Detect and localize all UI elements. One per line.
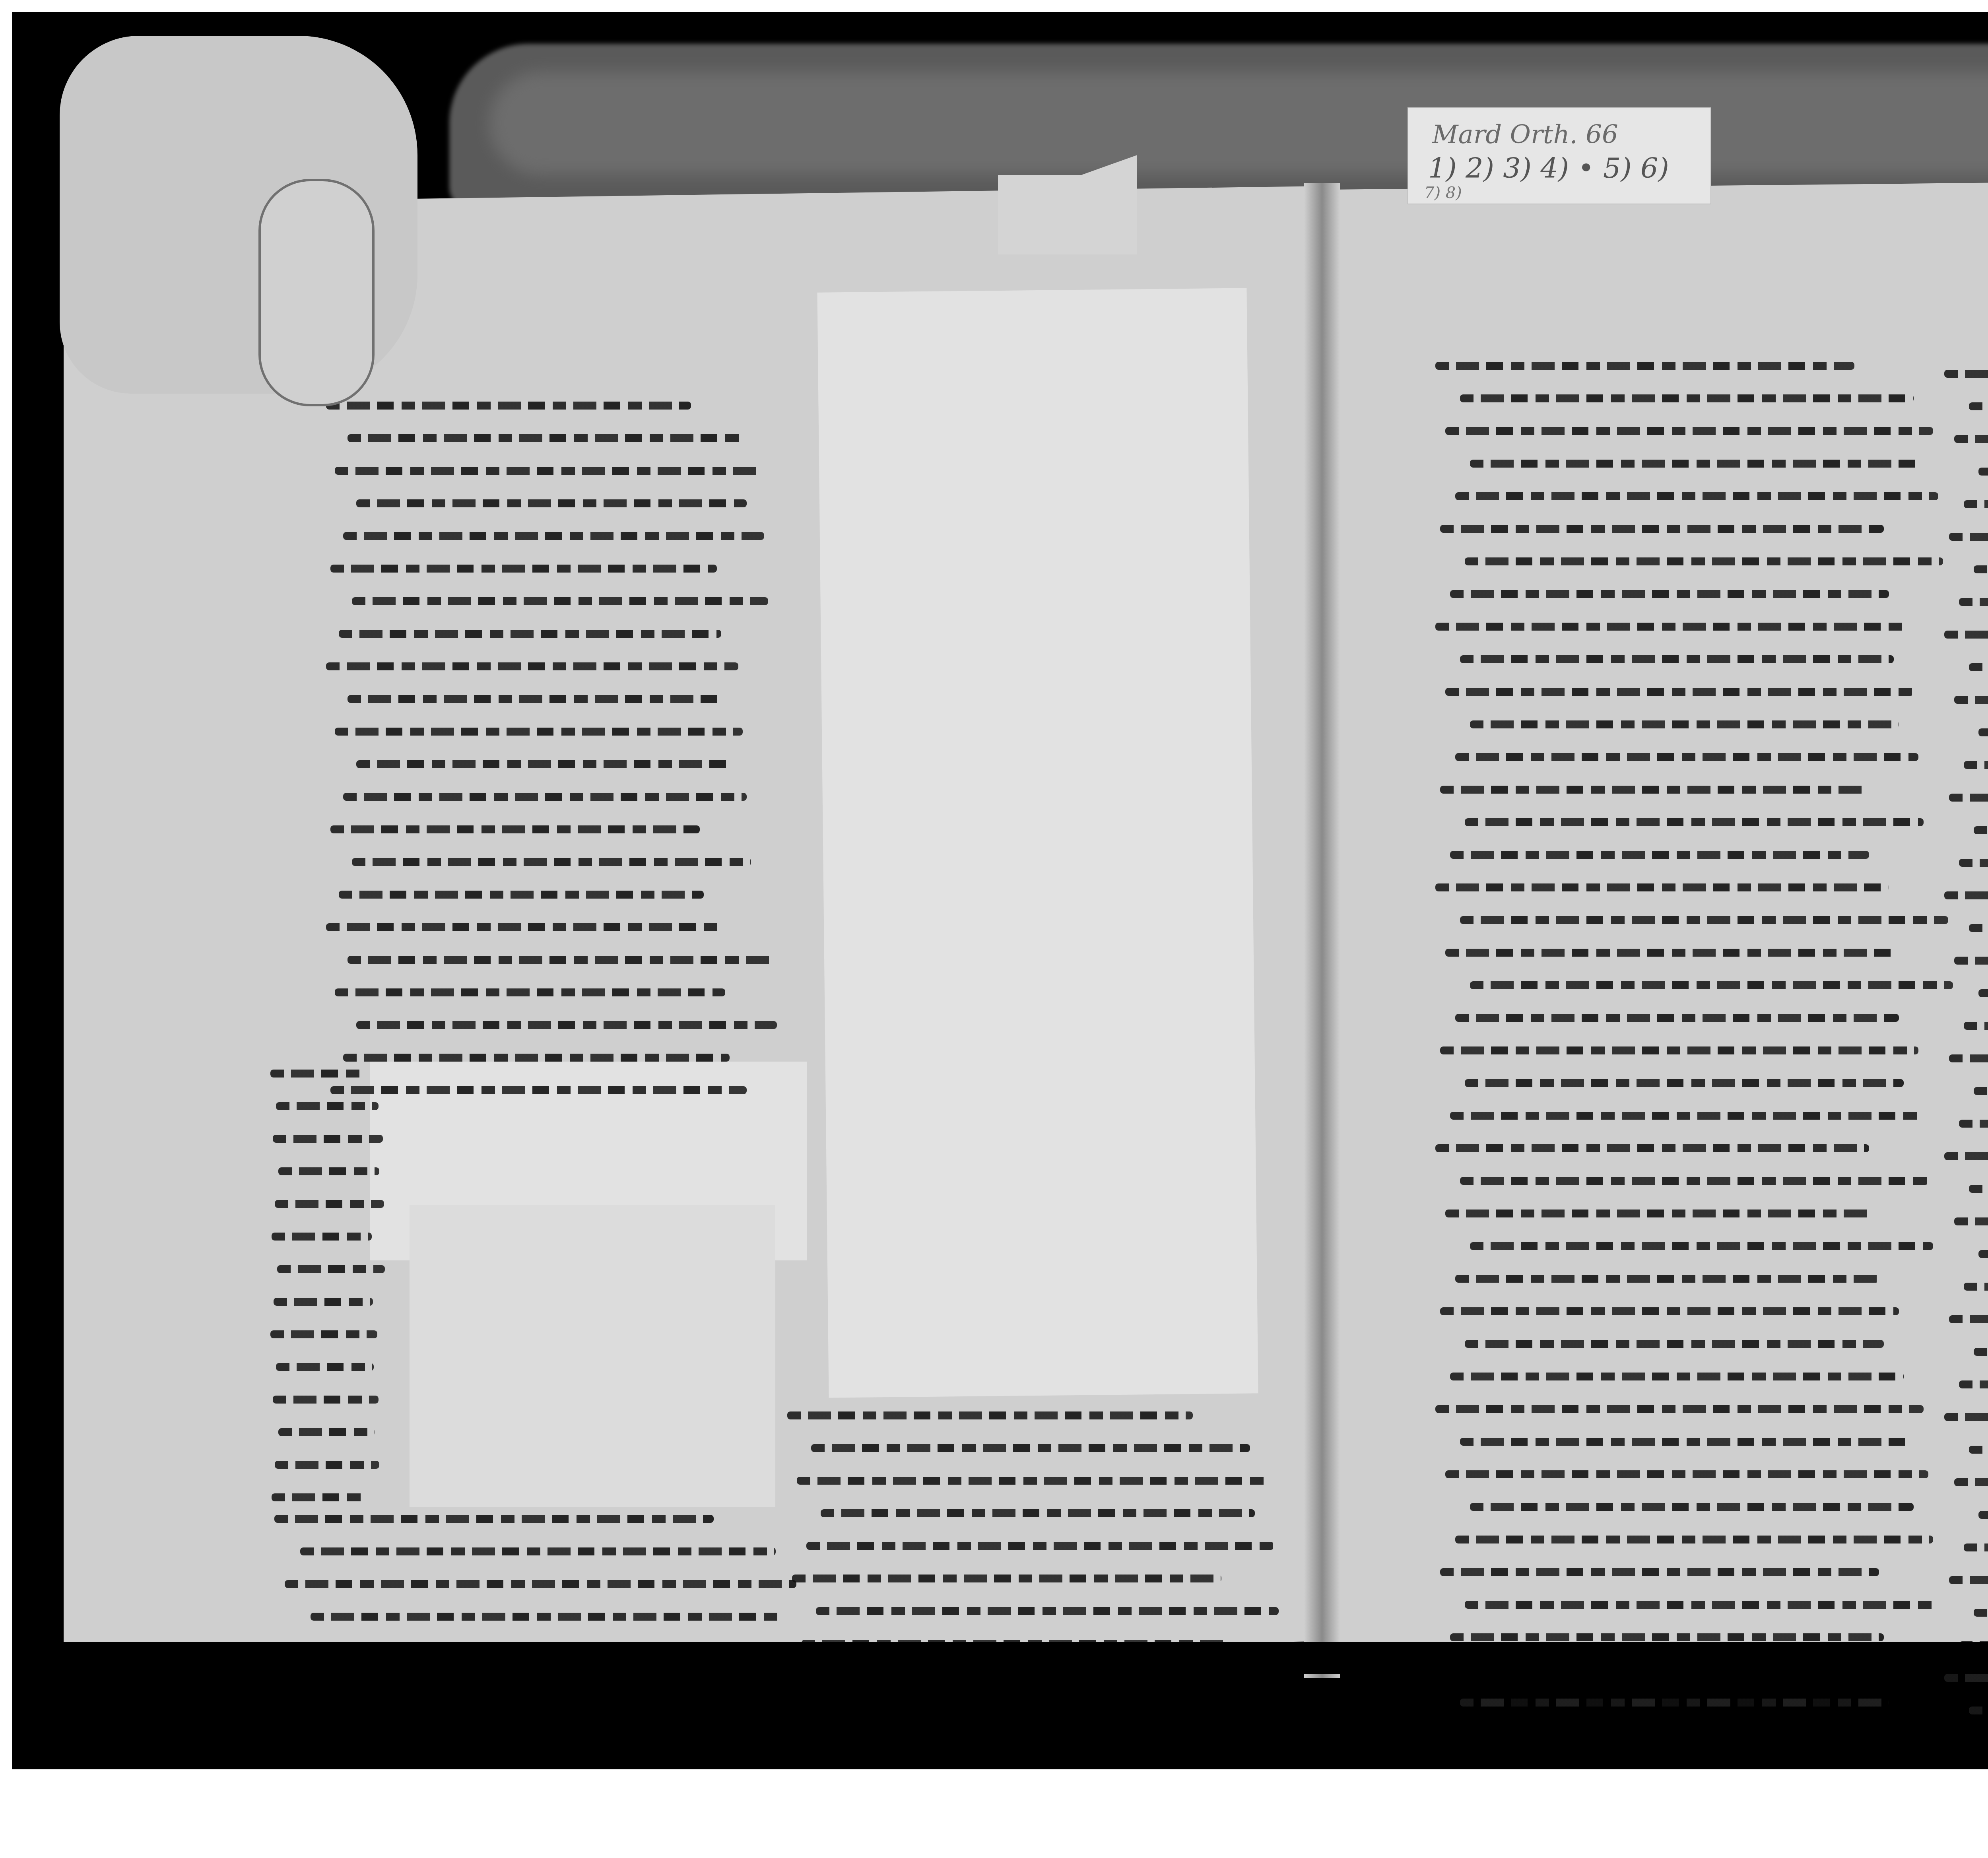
script-line (1460, 394, 1914, 402)
script-line (1435, 623, 1908, 631)
script-line (811, 1444, 1250, 1452)
script-line (1440, 1046, 1918, 1054)
script-line (1969, 663, 1988, 671)
script-line (816, 1607, 1279, 1615)
script-line (787, 1411, 1193, 1419)
script-line (1978, 468, 1988, 476)
script-line (1969, 402, 1988, 410)
script-line (1445, 1470, 1928, 1478)
script-line (1974, 1609, 1988, 1617)
script-line (300, 1547, 776, 1555)
catalogue-label: Mard Orth. 66 1) 2) 3) 4) • 5) 6) 7) 8) (1408, 107, 1711, 204)
script-line (278, 1428, 375, 1436)
script-line (1455, 1014, 1899, 1022)
script-line (1435, 883, 1889, 891)
script-line (1455, 492, 1938, 500)
script-line (821, 1509, 1255, 1517)
script-line (1954, 1217, 1988, 1225)
script-line (277, 1265, 385, 1273)
script-line (274, 1298, 373, 1306)
script-line (1964, 1283, 1988, 1291)
repair-patch-lower-2 (410, 1205, 775, 1507)
script-line (1460, 655, 1894, 663)
script-line (1964, 1543, 1988, 1551)
script-line (1450, 1112, 1923, 1120)
script-line (285, 1580, 796, 1588)
script-line (1440, 525, 1884, 533)
script-line (792, 1575, 1221, 1582)
script-line (1969, 1707, 1988, 1714)
script-line (270, 1330, 377, 1338)
left-thumb (258, 179, 375, 406)
script-line (1450, 1373, 1904, 1380)
script-line (272, 1233, 372, 1241)
script-line (330, 1086, 747, 1094)
script-line (1944, 631, 1988, 639)
script-line (1455, 1275, 1879, 1283)
script-line (797, 1477, 1269, 1485)
script-line (343, 1054, 730, 1062)
script-line (343, 793, 747, 801)
script-line (356, 499, 747, 507)
script-line (326, 402, 691, 410)
script-line (1440, 1307, 1899, 1315)
right-page-text-column-2 (1944, 370, 1988, 1739)
script-line (1969, 1446, 1988, 1454)
script-line (1944, 1413, 1988, 1421)
script-line (352, 597, 769, 605)
script-line (1959, 1380, 1988, 1388)
script-line (1455, 1536, 1934, 1543)
script-line (806, 1542, 1274, 1550)
script-line (352, 858, 751, 866)
script-line (1470, 720, 1899, 728)
script-line (1974, 826, 1988, 834)
book-spine (1304, 183, 1340, 1678)
script-line (348, 434, 743, 442)
script-line (1465, 1340, 1884, 1348)
script-line (326, 923, 721, 931)
script-line (326, 662, 738, 670)
script-line (1470, 1242, 1934, 1250)
script-line (276, 1363, 374, 1371)
script-line (273, 1396, 379, 1404)
script-line (1949, 533, 1988, 541)
script-line (275, 1461, 379, 1469)
script-line (1944, 1152, 1988, 1160)
script-line (1974, 1087, 1988, 1095)
script-line (276, 1102, 379, 1110)
script-line (1959, 598, 1988, 606)
script-line (335, 988, 726, 996)
script-line (1445, 427, 1934, 435)
script-line (274, 1515, 714, 1523)
script-line (335, 467, 760, 475)
script-line (335, 728, 743, 736)
script-line (343, 532, 764, 540)
script-line (1450, 590, 1889, 598)
script-line (1445, 949, 1894, 957)
script-line (1460, 916, 1948, 924)
script-line (348, 956, 773, 964)
script-line (1465, 1601, 1938, 1609)
script-line (356, 1021, 777, 1029)
script-line (270, 1070, 365, 1078)
label-numbers: 1) 2) 3) 4) • 5) 6) (1428, 152, 1669, 184)
bottom-shadow (64, 1642, 1988, 1674)
script-line (1964, 761, 1988, 769)
script-line (1944, 1674, 1988, 1682)
script-line (1949, 794, 1988, 802)
script-line (278, 1167, 380, 1175)
script-line (356, 760, 730, 768)
script-line (1978, 989, 1988, 997)
label-numbers-2: 7) 8) (1424, 184, 1462, 202)
script-line (1470, 460, 1918, 468)
script-line (1460, 1699, 1889, 1707)
script-line (1954, 435, 1988, 443)
script-line (1978, 1250, 1988, 1258)
script-line (1959, 859, 1988, 867)
script-line (1949, 1576, 1988, 1584)
script-line (1959, 1120, 1988, 1128)
script-line (1440, 1568, 1879, 1576)
script-line (273, 1135, 383, 1143)
script-line (1445, 688, 1914, 696)
script-line (1954, 957, 1988, 965)
script-line (330, 825, 700, 833)
script-line (1435, 1144, 1869, 1152)
script-line (1450, 1633, 1884, 1641)
label-shelfmark: Mard Orth. 66 (1432, 120, 1618, 149)
script-line (1460, 1438, 1908, 1446)
script-line (1964, 500, 1988, 508)
script-line (1978, 728, 1988, 736)
script-line (1949, 1054, 1988, 1062)
right-page-text-column-1 (1435, 362, 1928, 1731)
script-line (1435, 362, 1854, 370)
script-line (1465, 1079, 1904, 1087)
script-line (1470, 981, 1953, 989)
left-page-text-bottom (787, 1411, 1264, 1672)
script-line (1974, 1348, 1988, 1356)
left-page-text-column (326, 402, 755, 1119)
script-line (1969, 924, 1988, 932)
script-line (1974, 565, 1988, 573)
script-line (330, 565, 717, 573)
script-line (339, 630, 721, 638)
script-line (1944, 891, 1988, 899)
script-line (1440, 786, 1864, 794)
script-line (1964, 1022, 1988, 1030)
script-line (1465, 818, 1923, 826)
script-line (1465, 557, 1943, 565)
script-line (275, 1200, 384, 1208)
script-line (348, 695, 725, 703)
script-line (311, 1613, 781, 1621)
script-line (1455, 753, 1919, 761)
script-line (1944, 370, 1988, 378)
script-line (339, 891, 704, 899)
photo-frame: Mard Orth. 66 1) 2) 3) 4) • 5) 6) 7) 8) (12, 12, 1988, 1769)
book-cushion-highlight (489, 72, 1988, 175)
script-line (1954, 696, 1988, 704)
script-line (1435, 1405, 1924, 1413)
repair-patch-tall (817, 288, 1258, 1398)
script-line (1954, 1478, 1988, 1486)
script-line (1445, 1210, 1874, 1217)
script-line (1470, 1503, 1914, 1511)
script-line (1969, 1185, 1988, 1193)
script-line (1460, 1177, 1928, 1185)
script-line (272, 1493, 367, 1501)
script-line (1949, 1315, 1988, 1323)
script-line (1450, 851, 1869, 859)
left-page-text-fragment (270, 1070, 382, 1526)
script-line (1978, 1511, 1988, 1519)
